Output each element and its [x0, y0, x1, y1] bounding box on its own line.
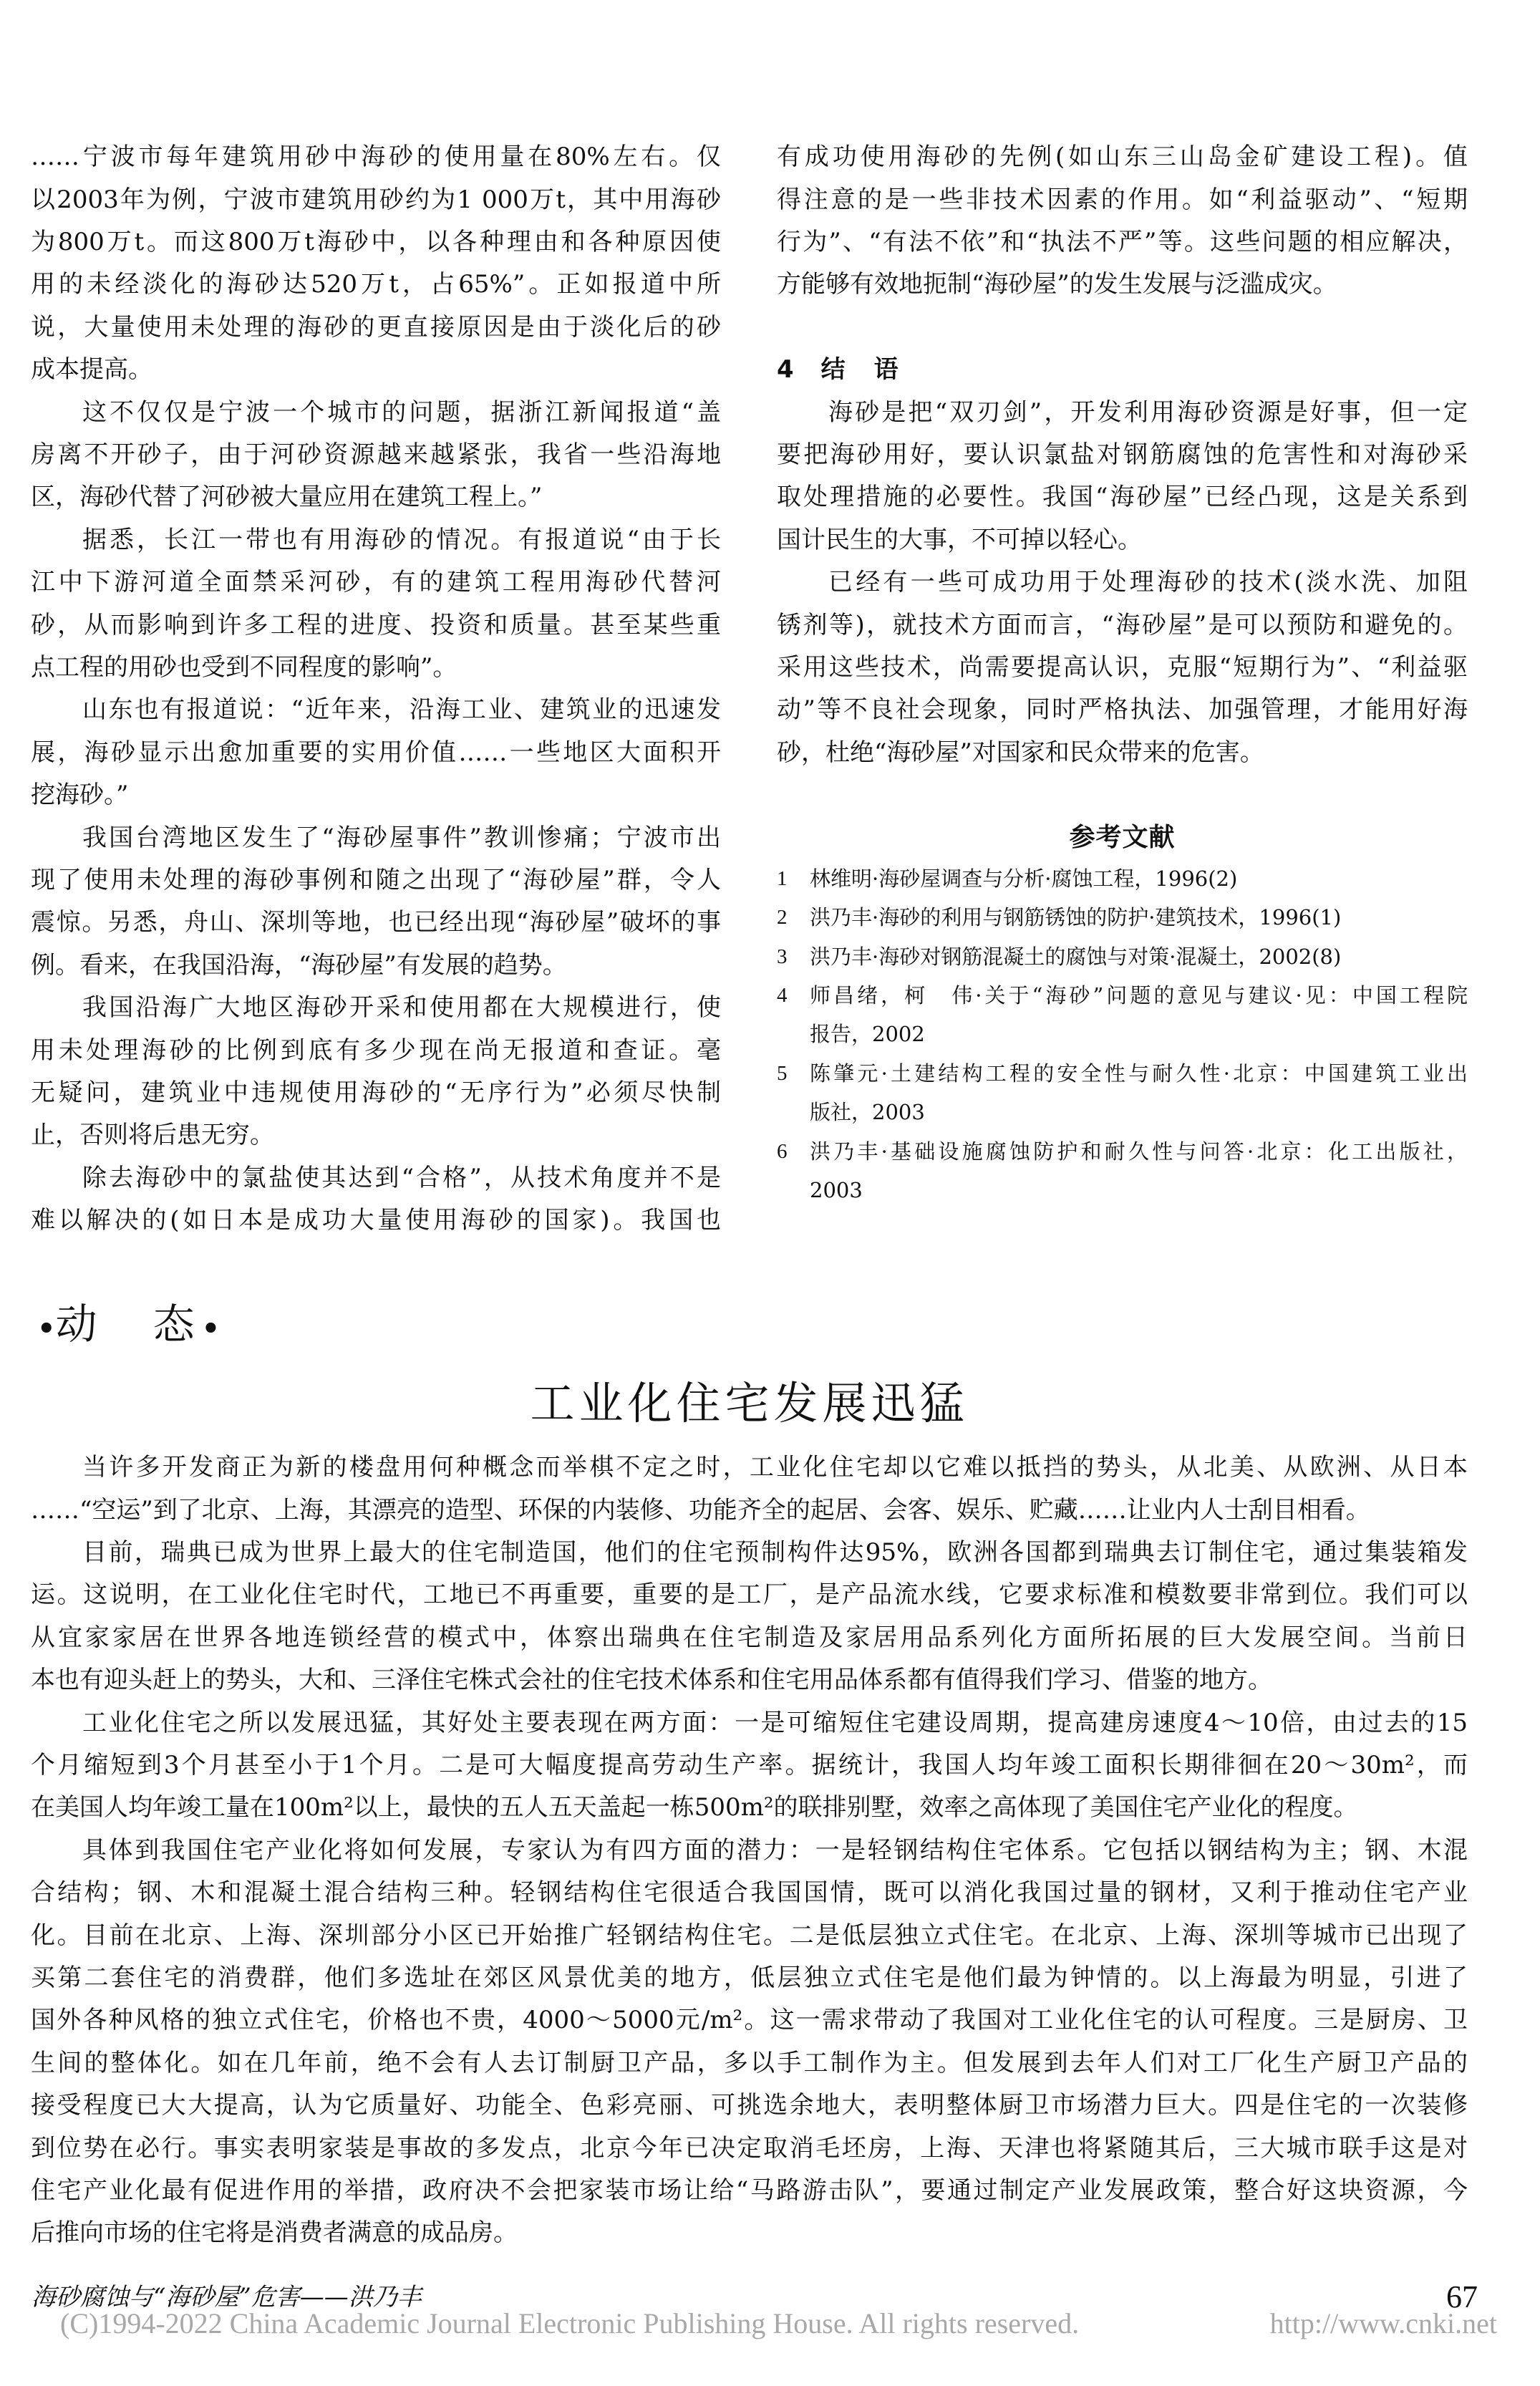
text-line: 后推向市场的住宅将是消费者满意的成品房。	[31, 2212, 1468, 2254]
reference-number: 3	[777, 937, 810, 976]
text-line: 个月缩短到3个月甚至小于1个月。二是可大幅度提高劳动生产率。据统计，我国人均年竣…	[31, 1744, 1468, 1787]
paragraph: 目前，瑞典已成为世界上最大的住宅制造国，他们的住宅预制构件达95%，欧洲各国都到…	[31, 1532, 1468, 1702]
text-line: 国计民生的大事，不可掉以轻心。	[777, 519, 1468, 561]
reference-item: 5 陈肇元·土建结构工程的安全性与耐久性·北京：中国建筑工业出 版社，2003	[777, 1054, 1468, 1132]
reference-number: 6	[777, 1132, 810, 1171]
text-line: 国外各种风格的独立式住宅，价格也不贵，4000～5000元/m²。这一需求带动了…	[31, 1999, 1468, 2042]
paragraph: 山东也有报道说：“近年来，沿海工业、建筑业的迅速发 展，海砂显示出愈加重要的实用…	[31, 689, 721, 816]
reference-text: 师昌绪，柯 伟·关于“海砂”问题的意见与建议·见：中国工程院	[810, 976, 1468, 1015]
text-line: 锈剂等)，就技术方面而言，“海砂屋”是可以预防和避免的。	[777, 604, 1468, 647]
journal-page: ……宁波市每年建筑用砂中海砂的使用量在80%左右。仅 以2003年为例，宁波市建…	[0, 0, 1540, 2386]
paragraph: 我国台湾地区发生了“海砂屋事件”教训惨痛；宁波市出 现了使用未处理的海砂事例和随…	[31, 817, 721, 987]
article-title: 工业化住宅发展迅猛	[31, 1371, 1468, 1436]
text-line: 展，海砂显示出愈加重要的实用价值……一些地区大面积开	[31, 732, 721, 774]
reference-text: 报告，2002	[810, 1015, 1468, 1053]
bullet-icon: •	[202, 1312, 221, 1346]
reference-item: 3 洪乃丰·海砂对钢筋混凝土的腐蚀与对策·混凝土，2002(8)	[777, 937, 1468, 976]
paragraph: 这不仅仅是宁波一个城市的问题，据浙江新闻报道“盖 房离不开砂子，由于河砂资源越来…	[31, 392, 721, 519]
section-label: •动 态•	[37, 1295, 220, 1353]
reference-number: 1	[777, 859, 810, 898]
conclusion-body: 海砂是把“双刃剑”，开发利用海砂资源是好事，但一定 要把海砂用好，要认识氯盐对钢…	[777, 392, 1468, 775]
section-heading: 4结语	[777, 349, 1468, 391]
reference-text: 2003	[810, 1171, 1468, 1209]
text-line: ……宁波市每年建筑用砂中海砂的使用量在80%左右。仅	[31, 136, 721, 178]
text-line: 采用这些技术，尚需要提高认识，克服“短期行为”、“利益驱	[777, 647, 1468, 689]
paragraph: 我国沿海广大地区海砂开采和使用都在大规模进行，使 用未处理海砂的比例到底有多少现…	[31, 987, 721, 1157]
text-line: 行为”、“有法不依”和“执法不严”等。这些问题的相应解决，	[777, 221, 1468, 264]
text-line: 在美国人均年竣工量在100m²以上，最快的五人五天盖起一栋500m²的联排别墅，…	[31, 1787, 1468, 1829]
text-line: 目前，瑞典已成为世界上最大的住宅制造国，他们的住宅预制构件达95%，欧洲各国都到…	[31, 1532, 1468, 1574]
text-line: 砂，杜绝“海砂屋”对国家和民众带来的危害。	[777, 732, 1468, 774]
section-title-char: 语	[874, 355, 899, 384]
text-line: 买第二套住宅的消费群，他们多选址在郊区风景优美的地方，低层独立式住宅是他们最为钟…	[31, 1957, 1468, 1999]
copyright-watermark: (C)1994-2022 China Academic Journal Elec…	[60, 2306, 1497, 2342]
text-line: 具体到我国住宅产业化将如何发展，专家认为有四方面的潜力：一是轻钢结构住宅体系。它…	[31, 1830, 1468, 1872]
text-line: 区，海砂代替了河砂被大量应用在建筑工程上。”	[31, 476, 721, 518]
text-line: 我国台湾地区发生了“海砂屋事件”教训惨痛；宁波市出	[31, 817, 721, 859]
text-line: 成本提高。	[31, 349, 721, 391]
text-line: 化。目前在北京、上海、深圳部分小区已开始推广轻钢结构住宅。二是低层独立式住宅。在…	[31, 1915, 1468, 1957]
right-column-top: 有成功使用海砂的先例(如山东三山岛金矿建设工程)。值 得注意的是一些非技术因素的…	[777, 136, 1468, 306]
text-line: 方能够有效地扼制“海砂屋”的发生发展与泛滥成灾。	[777, 264, 1468, 306]
text-line: 海砂是把“双刃剑”，开发利用海砂资源是好事，但一定	[777, 392, 1468, 434]
text-line: 现了使用未处理的海砂事例和随之出现了“海砂屋”群，令人	[31, 859, 721, 902]
text-line: 本也有迎头赶上的势头，大和、三泽住宅株式会社的住宅技术体系和住宅用品体系都有值得…	[31, 1659, 1468, 1701]
news-body: 当许多开发商正为新的楼盘用何种概念而举棋不定之时，工业化住宅却以它难以抵挡的势头…	[31, 1446, 1468, 2254]
reference-text: 洪乃丰·海砂的利用与钢筋锈蚀的防护·建筑技术，1996(1)	[810, 898, 1468, 937]
text-line: 有成功使用海砂的先例(如山东三山岛金矿建设工程)。值	[777, 136, 1468, 178]
reference-text: 洪乃丰·海砂对钢筋混凝土的腐蚀与对策·混凝土，2002(8)	[810, 937, 1468, 976]
text-line: 说，大量使用未处理的海砂的更直接原因是由于淡化后的砂	[31, 306, 721, 349]
references-heading: 参考文献	[777, 818, 1468, 857]
text-line: ……“空运”到了北京、上海，其漂亮的造型、环保的内装修、功能齐全的起居、会客、娱…	[31, 1489, 1468, 1532]
text-line: 从宜家家居在世界各地连锁经营的模式中，体察出瑞典在住宅制造及家居用品系列化方面所…	[31, 1617, 1468, 1659]
text-line: 用未处理海砂的比例到底有多少现在尚无报道和查证。毫	[31, 1030, 721, 1072]
section-label-text: 动 态	[56, 1300, 202, 1348]
bullet-icon: •	[37, 1312, 56, 1346]
references-list: 1 林维明·海砂屋调查与分析·腐蚀工程，1996(2) 2 洪乃丰·海砂的利用与…	[777, 859, 1468, 1210]
paragraph: 已经有一些可成功用于处理海砂的技术(淡水洗、加阻 锈剂等)，就技术方面而言，“海…	[777, 561, 1468, 774]
copyright-text: (C)1994-2022 China Academic Journal Elec…	[60, 2306, 1079, 2342]
section-title-char: 结	[821, 355, 846, 384]
reference-number: 2	[777, 898, 810, 937]
paragraph: 除去海砂中的氯盐使其达到“合格”，从技术角度并不是 难以解决的(如日本是成功大量…	[31, 1157, 721, 1242]
reference-item: 6 洪乃丰·基础设施腐蚀防护和耐久性与问答·北京：化工出版社， 2003	[777, 1132, 1468, 1210]
reference-text: 陈肇元·土建结构工程的安全性与耐久性·北京：中国建筑工业出	[810, 1054, 1468, 1093]
text-line: 震惊。另悉，舟山、深圳等地，也已经出现“海砂屋”破坏的事	[31, 902, 721, 944]
reference-text: 林维明·海砂屋调查与分析·腐蚀工程，1996(2)	[810, 859, 1468, 898]
text-line: 得注意的是一些非技术因素的作用。如“利益驱动”、“短期	[777, 179, 1468, 221]
paragraph: 具体到我国住宅产业化将如何发展，专家认为有四方面的潜力：一是轻钢结构住宅体系。它…	[31, 1830, 1468, 2255]
text-line: 工业化住宅之所以发展迅猛，其好处主要表现在两方面：一是可缩短住宅建设周期，提高建…	[31, 1702, 1468, 1744]
text-line: 点工程的用砂也受到不同程度的影响”。	[31, 647, 721, 689]
paragraph: 海砂是把“双刃剑”，开发利用海砂资源是好事，但一定 要把海砂用好，要认识氯盐对钢…	[777, 392, 1468, 562]
text-line: 动”等不良社会现象，同时严格执法、加强管理，才能用好海	[777, 689, 1468, 731]
text-line: 生间的整体化。如在几年前，绝不会有人去订制厨卫产品，多以手工制作为主。但发展到去…	[31, 2042, 1468, 2085]
text-line: 山东也有报道说：“近年来，沿海工业、建筑业的迅速发	[31, 689, 721, 731]
text-line: 例。看来，在我国沿海，“海砂屋”有发展的趋势。	[31, 945, 721, 987]
text-line: 接受程度已大大提高，认为它质量好、功能全、色彩亮丽、可挑选余地大，表明整体厨卫市…	[31, 2085, 1468, 2127]
paragraph: 有成功使用海砂的先例(如山东三山岛金矿建设工程)。值 得注意的是一些非技术因素的…	[777, 136, 1468, 306]
text-line: 运。这说明，在工业化住宅时代，工地已不再重要，重要的是工厂，是产品流水线，它要求…	[31, 1574, 1468, 1616]
text-line: 已经有一些可成功用于处理海砂的技术(淡水洗、加阻	[777, 561, 1468, 604]
reference-item: 1 林维明·海砂屋调查与分析·腐蚀工程，1996(2)	[777, 859, 1468, 898]
reference-text: 版社，2003	[810, 1093, 1468, 1131]
text-line: 挖海砂。”	[31, 774, 721, 816]
watermark-url: http://www.cnki.net	[1270, 2306, 1497, 2342]
text-line: 无疑问，建筑业中违规使用海砂的“无序行为”必须尽快制	[31, 1072, 721, 1114]
text-line: 合结构；钢、木和混凝土混合结构三种。轻钢结构住宅很适合我国国情，既可以消化我国过…	[31, 1872, 1468, 1914]
text-line: 除去海砂中的氯盐使其达到“合格”，从技术角度并不是	[31, 1157, 721, 1199]
paragraph: ……宁波市每年建筑用砂中海砂的使用量在80%左右。仅 以2003年为例，宁波市建…	[31, 136, 721, 391]
reference-text: 洪乃丰·基础设施腐蚀防护和耐久性与问答·北京：化工出版社，	[810, 1132, 1468, 1171]
text-line: 房离不开砂子，由于河砂资源越来越紧张，我省一些沿海地	[31, 434, 721, 476]
text-line: 难以解决的(如日本是成功大量使用海砂的国家)。我国也	[31, 1199, 721, 1242]
left-column: ……宁波市每年建筑用砂中海砂的使用量在80%左右。仅 以2003年为例，宁波市建…	[31, 136, 721, 1242]
text-line: 止，否则将后患无穷。	[31, 1114, 721, 1156]
text-line: 砂，从而影响到许多工程的进度、投资和质量。甚至某些重	[31, 604, 721, 647]
text-line: 据悉，长江一带也有用海砂的情况。有报道说“由于长	[31, 519, 721, 561]
reference-item: 4 师昌绪，柯 伟·关于“海砂”问题的意见与建议·见：中国工程院 报告，2002	[777, 976, 1468, 1054]
text-line: 住宅产业化最有促进作用的举措，政府决不会把家装市场让给“马路游击队”，要通过制定…	[31, 2170, 1468, 2212]
paragraph: 据悉，长江一带也有用海砂的情况。有报道说“由于长 江中下游河道全面禁采河砂，有的…	[31, 519, 721, 690]
paragraph: 工业化住宅之所以发展迅猛，其好处主要表现在两方面：一是可缩短住宅建设周期，提高建…	[31, 1702, 1468, 1830]
reference-item: 2 洪乃丰·海砂的利用与钢筋锈蚀的防护·建筑技术，1996(1)	[777, 898, 1468, 937]
text-line: 以2003年为例，宁波市建筑用砂约为1 000万t，其中用海砂	[31, 179, 721, 221]
text-line: 取处理措施的必要性。我国“海砂屋”已经凸现，这是关系到	[777, 476, 1468, 518]
text-line: 要把海砂用好，要认识氯盐对钢筋腐蚀的危害性和对海砂采	[777, 434, 1468, 476]
section-number: 4	[777, 355, 794, 384]
reference-number: 4	[777, 976, 810, 1015]
text-line: 江中下游河道全面禁采河砂，有的建筑工程用海砂代替河	[31, 561, 721, 604]
text-line: 用的未经淡化的海砂达520万t，占65%”。正如报道中所	[31, 264, 721, 306]
text-line: 当许多开发商正为新的楼盘用何种概念而举棋不定之时，工业化住宅却以它难以抵挡的势头…	[31, 1446, 1468, 1489]
reference-number: 5	[777, 1054, 810, 1093]
text-line: 我国沿海广大地区海砂开采和使用都在大规模进行，使	[31, 987, 721, 1029]
text-line: 为800万t。而这800万t海砂中，以各种理由和各种原因使	[31, 221, 721, 264]
text-line: 这不仅仅是宁波一个城市的问题，据浙江新闻报道“盖	[31, 392, 721, 434]
paragraph: 当许多开发商正为新的楼盘用何种概念而举棋不定之时，工业化住宅却以它难以抵挡的势头…	[31, 1446, 1468, 1532]
text-line: 到位势在必行。事实表明家装是事故的多发点，北京今年已决定取消毛坯房，上海、天津也…	[31, 2127, 1468, 2170]
